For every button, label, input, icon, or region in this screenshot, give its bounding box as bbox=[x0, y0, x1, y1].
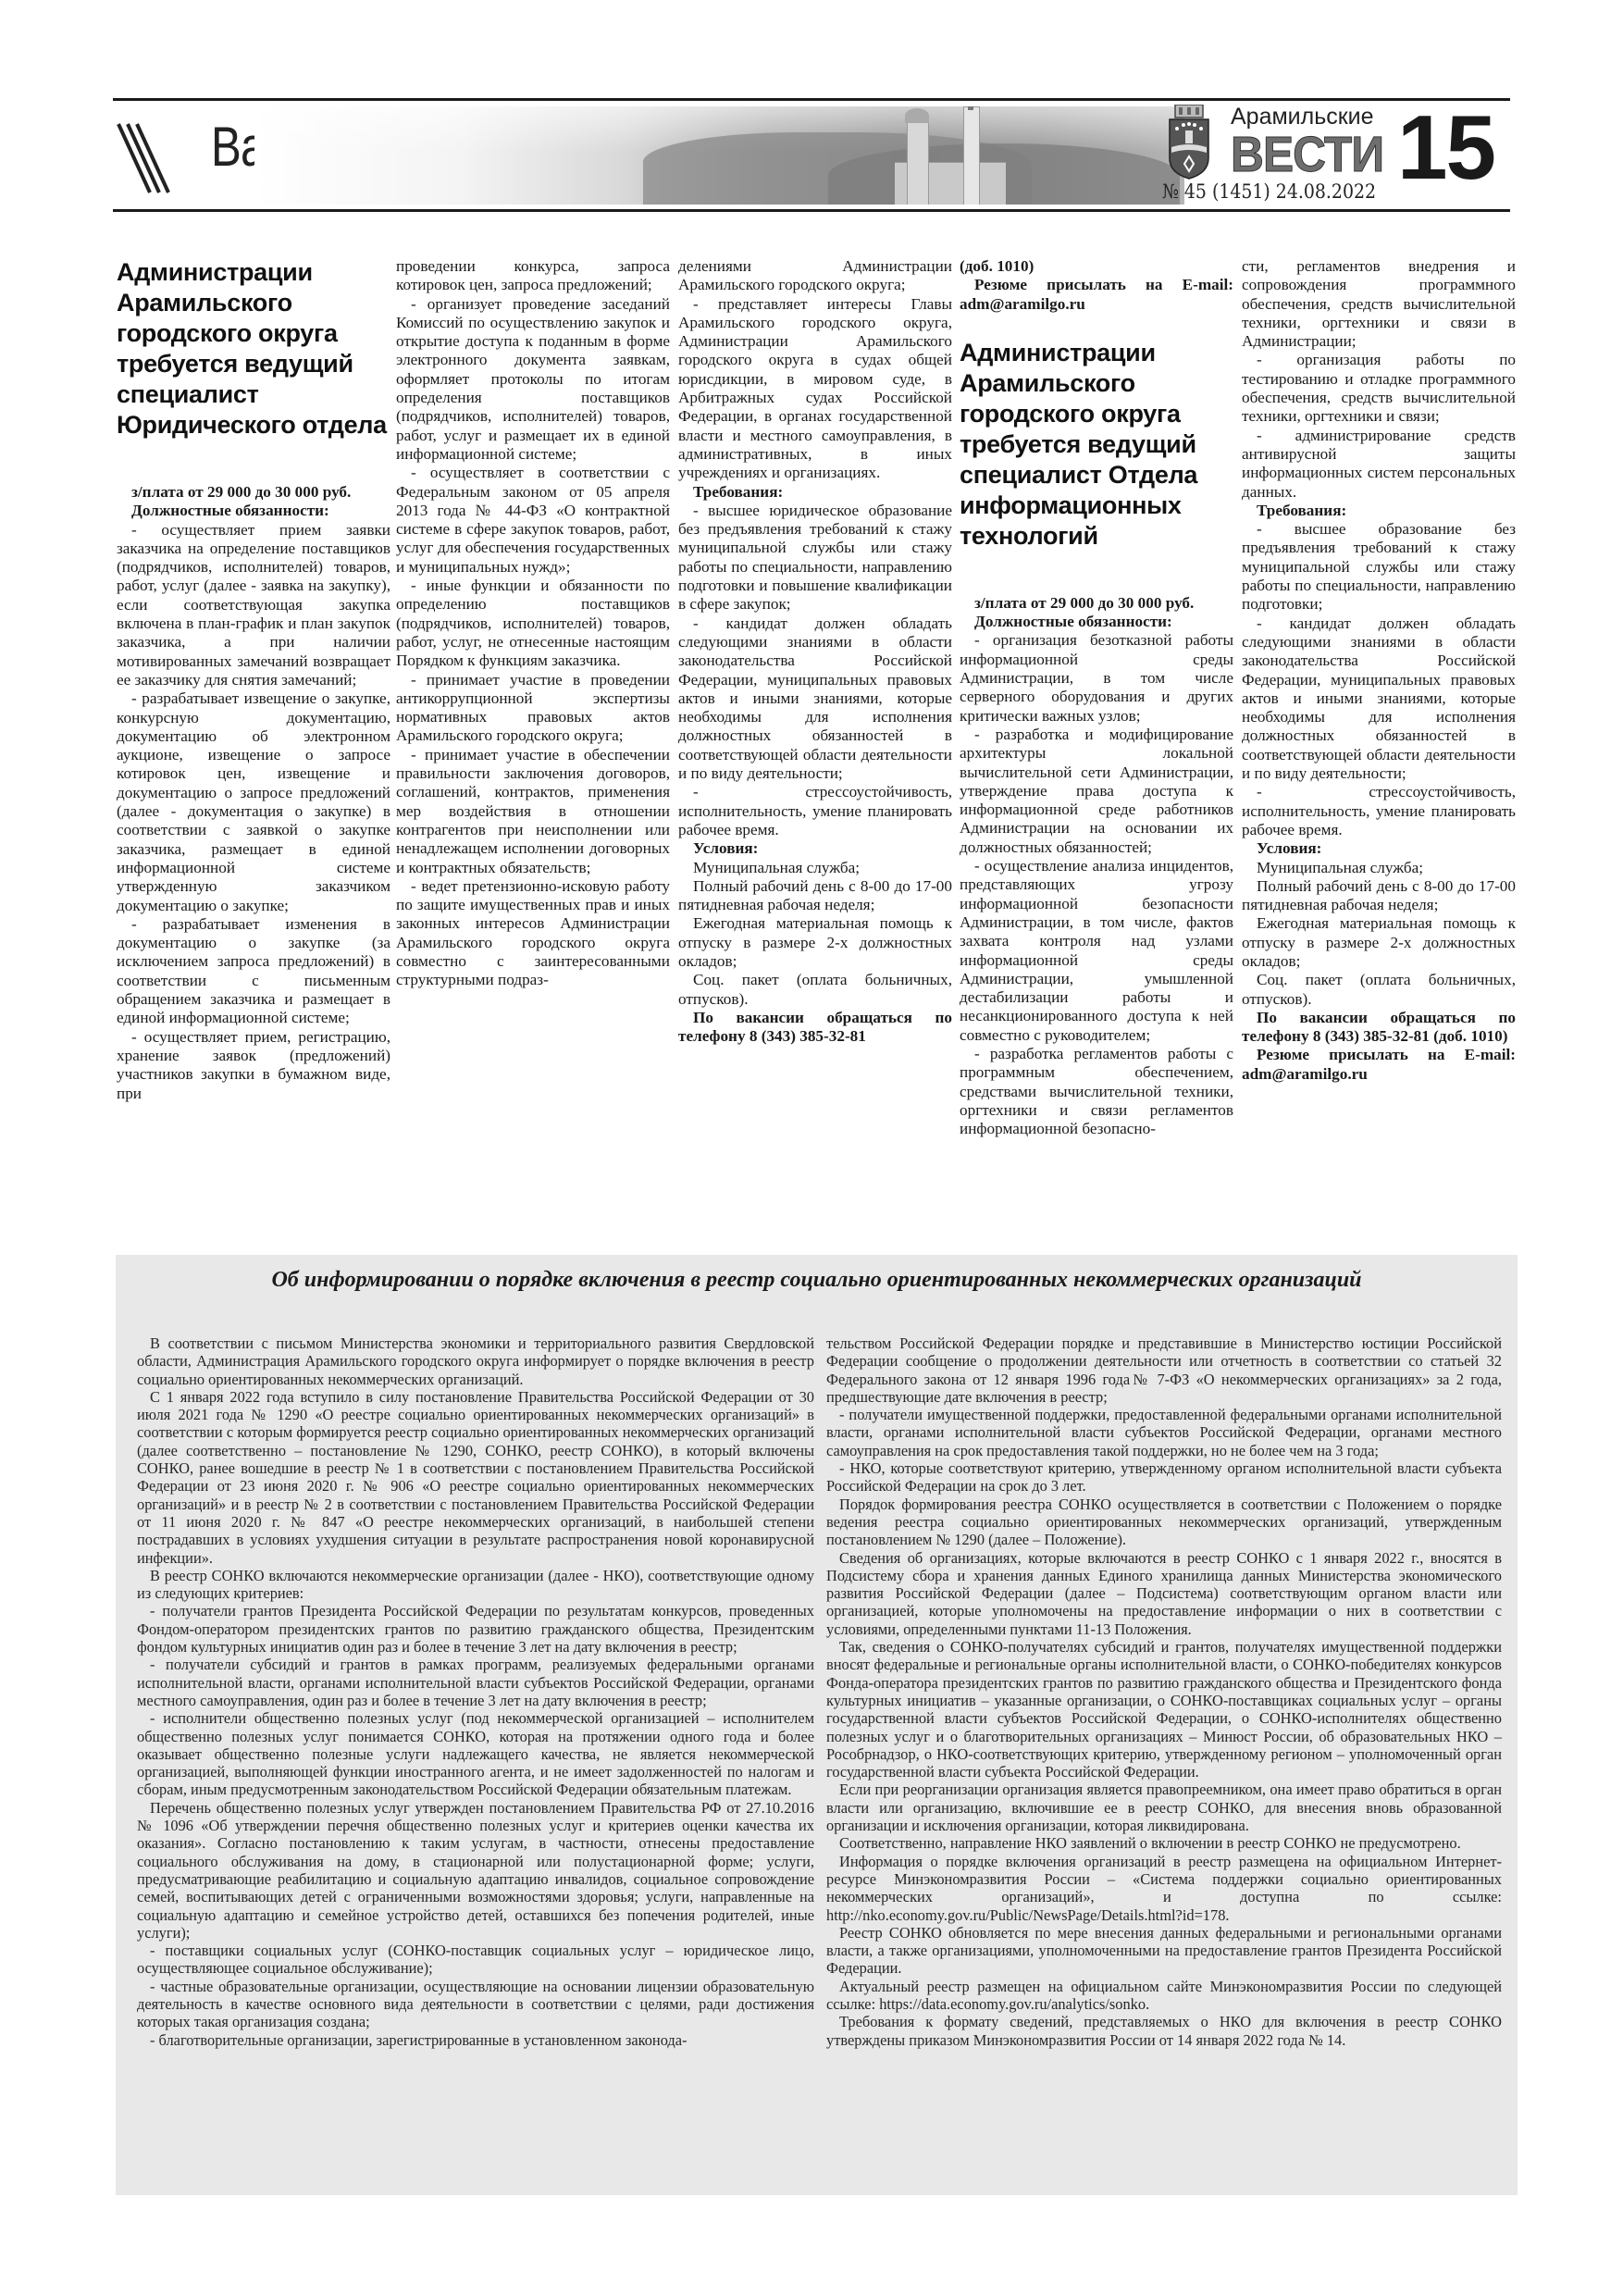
vacancy-1-duty: - осуществляет прием, регистрацию, хране… bbox=[117, 1028, 390, 1103]
vacancy-1-duty: - принимает участие в проведении антикор… bbox=[396, 671, 670, 746]
vacancy-1-duties-label: Должностные обязанности: bbox=[117, 502, 390, 520]
vacancy-2-condition: Муниципальная служба; bbox=[1242, 859, 1516, 877]
info-paragraph: - исполнители общественно полезных услуг… bbox=[137, 1709, 814, 1798]
vacancy-2-duty: - разработка и модифицирование архитекту… bbox=[960, 726, 1233, 857]
column-5: сти, регламентов внедрения и сопровожден… bbox=[1242, 257, 1516, 1084]
vacancy-1-cond-label: Условия: bbox=[678, 839, 952, 858]
info-paragraph: - получатели имущественной поддержки, пр… bbox=[826, 1406, 1502, 1459]
info-paragraph: - НКО, которые соответствуют критерию, у… bbox=[826, 1459, 1502, 1496]
vacancy-1-requirement: - кандидат должен обладать следующими зн… bbox=[678, 614, 952, 784]
info-paragraph[interactable]: Информация о порядке включения организац… bbox=[826, 1853, 1502, 1924]
vacancy-2-requirement: - высшее образование без предъявления тр… bbox=[1242, 520, 1516, 614]
vacancy-2-req-label: Требования: bbox=[1242, 502, 1516, 520]
info-title: Об информировании о порядке включения в … bbox=[116, 1268, 1518, 1293]
church-photo bbox=[254, 106, 1184, 205]
vacancy-2-duty: - разработка регламентов работы с програ… bbox=[960, 1045, 1233, 1138]
info-paragraph: Соответственно, направление НКО заявлени… bbox=[826, 1834, 1502, 1852]
header-top-rule bbox=[113, 98, 1510, 101]
vacancy-1-duty: - ведет претензионно-исковую работу по з… bbox=[396, 877, 670, 990]
vacancy-1-duty: - осуществляет прием заявки заказчика на… bbox=[117, 521, 390, 690]
vacancy-2-condition: Полный рабочий день с 8-00 до 17-00 пяти… bbox=[1242, 877, 1516, 915]
info-paragraph: тельством Российской Федерации порядке и… bbox=[826, 1334, 1502, 1406]
vacancy-2-duty: - организация безотказной работы информа… bbox=[960, 631, 1233, 725]
newspaper-page: Вакансии Арамильские ВЕСТИ 15 № 45 (1451… bbox=[0, 0, 1623, 2296]
vacancy-1-salary: з/плата от 29 000 до 30 000 руб. bbox=[117, 483, 390, 502]
vacancy-1-contact: По вакансии обращаться по телефону 8 (34… bbox=[678, 1009, 952, 1047]
vacancy-1-req-label: Требования: bbox=[678, 483, 952, 502]
vacancy-2-salary: з/плата от 29 000 до 30 000 руб. bbox=[960, 594, 1233, 613]
vacancy-1-duty-cont: проведении конкурса, запроса котировок ц… bbox=[396, 257, 670, 295]
info-paragraph: В соответствии с письмом Министерства эк… bbox=[137, 1334, 814, 1388]
vacancy-2-requirement: - стрессоустойчивость, исполнительность,… bbox=[1242, 783, 1516, 839]
vacancy-2-cond-label: Условия: bbox=[1242, 839, 1516, 858]
column-1: Администрации Арамильского городского ок… bbox=[117, 257, 390, 1103]
vacancy-1-contact-ext: (доб. 1010) bbox=[960, 257, 1233, 276]
info-paragraph: Так, сведения о СОНКО-получателях субсид… bbox=[826, 1638, 1502, 1781]
info-paragraph: Если при реорганизации организация являе… bbox=[826, 1781, 1502, 1834]
info-column-left: В соответствии с письмом Министерства эк… bbox=[137, 1334, 814, 2049]
column-3: делениями Администрации Арамильского гор… bbox=[678, 257, 952, 1046]
info-paragraph: Перечень общественно полезных услуг утве… bbox=[137, 1799, 814, 1942]
info-column-right: тельством Российской Федерации порядке и… bbox=[826, 1334, 1502, 2049]
vacancy-1-duty: - организует проведение заседаний Комисс… bbox=[396, 295, 670, 465]
info-paragraph: - частные образовательные организации, о… bbox=[137, 1978, 814, 2031]
vacancy-1-resume-email[interactable]: Резюме присылать на E-mail: adm@aramilgo… bbox=[960, 276, 1233, 314]
sonko-info-box: Об информировании о порядке включения в … bbox=[116, 1255, 1518, 2195]
vacancy-2-duties-label: Должностные обязанности: bbox=[960, 613, 1233, 631]
issue-info: № 45 (1451) 24.08.2022 bbox=[1162, 180, 1376, 203]
info-paragraph: - благотворительные организации, зарегис… bbox=[137, 2031, 814, 2049]
vacancy-1-condition: Соц. пакет (оплата больничных, отпусков)… bbox=[678, 971, 952, 1009]
vacancy-2-duty: - администрирование средств антивирусной… bbox=[1242, 427, 1516, 502]
vacancy-2-condition: Соц. пакет (оплата больничных, отпусков)… bbox=[1242, 971, 1516, 1009]
vacancy-2-condition: Ежегодная материальная помощь к отпуску … bbox=[1242, 914, 1516, 971]
info-paragraph: В реестр СОНКО включаются некоммерческие… bbox=[137, 1567, 814, 1603]
vacancy-2-duty-cont: сти, регламентов внедрения и сопровожден… bbox=[1242, 257, 1516, 351]
info-paragraph: - получатели субсидий и грантов в рамках… bbox=[137, 1656, 814, 1709]
vacancy-2-duty: - организация работы по тестированию и о… bbox=[1242, 351, 1516, 426]
vacancy-2-headline: Администрации Арамильского городского ок… bbox=[960, 338, 1233, 552]
vacancy-1-duty: - представляет интересы Главы Арамильско… bbox=[678, 295, 952, 483]
info-paragraph[interactable]: Актуальный реестр размещен на официально… bbox=[826, 1978, 1502, 2014]
coat-of-arms-icon bbox=[1168, 105, 1210, 180]
header-bottom-rule bbox=[113, 209, 1510, 212]
info-paragraph: - поставщики социальных услуг (СОНКО-пос… bbox=[137, 1942, 814, 1978]
vacancy-1-duty-cont: делениями Администрации Арамильского гор… bbox=[678, 257, 952, 295]
info-paragraph: Порядок формирования реестра СОНКО осуще… bbox=[826, 1496, 1502, 1549]
vacancy-1-condition: Полный рабочий день с 8-00 до 17-00 пяти… bbox=[678, 877, 952, 915]
vacancy-2-contact: По вакансии обращаться по телефону 8 (34… bbox=[1242, 1009, 1516, 1047]
info-paragraph: Реестр СОНКО обновляется по мере внесени… bbox=[826, 1924, 1502, 1978]
column-4: (доб. 1010) Резюме присылать на E-mail: … bbox=[960, 257, 1233, 1139]
vacancy-1-duty: - осуществляет в соответствии с Федераль… bbox=[396, 464, 670, 577]
vacancy-2-duty: - осуществление анализа инцидентов, пред… bbox=[960, 857, 1233, 1045]
vacancy-1-condition: Муниципальная служба; bbox=[678, 859, 952, 877]
info-paragraph: Требования к формату сведений, представл… bbox=[826, 2013, 1502, 2049]
info-paragraph: С 1 января 2022 года вступило в силу пос… bbox=[137, 1388, 814, 1567]
vacancy-1-duty: - принимает участие в обеспечении правил… bbox=[396, 746, 670, 877]
vacancy-1-duty: - разрабатывает изменения в документацию… bbox=[117, 915, 390, 1028]
vacancy-1-headline: Администрации Арамильского городского ок… bbox=[117, 257, 390, 441]
vacancy-1-condition: Ежегодная материальная помощь к отпуску … bbox=[678, 914, 952, 971]
vacancy-1-requirement: - высшее юридическое образование без пре… bbox=[678, 502, 952, 614]
column-2: проведении конкурса, запроса котировок ц… bbox=[396, 257, 670, 990]
info-paragraph: Сведения об организациях, которые включа… bbox=[826, 1549, 1502, 1638]
vacancy-1-duty: - разрабатывает извещение о закупке, кон… bbox=[117, 689, 390, 915]
vacancy-1-requirement: - стрессоустойчивость, исполнительность,… bbox=[678, 783, 952, 839]
vacancy-2-resume-email[interactable]: Резюме присылать на E-mail: adm@aramilgo… bbox=[1242, 1046, 1516, 1084]
newspaper-name-big: ВЕСТИ bbox=[1231, 126, 1383, 183]
triple-slash-icon bbox=[115, 122, 170, 196]
vacancy-2-requirement: - кандидат должен обладать следующими зн… bbox=[1242, 614, 1516, 784]
page-number: 15 bbox=[1397, 102, 1494, 192]
info-paragraph: - получатели грантов Президента Российск… bbox=[137, 1602, 814, 1656]
vacancy-1-duty: - иные функции и обязанности по определе… bbox=[396, 577, 670, 670]
